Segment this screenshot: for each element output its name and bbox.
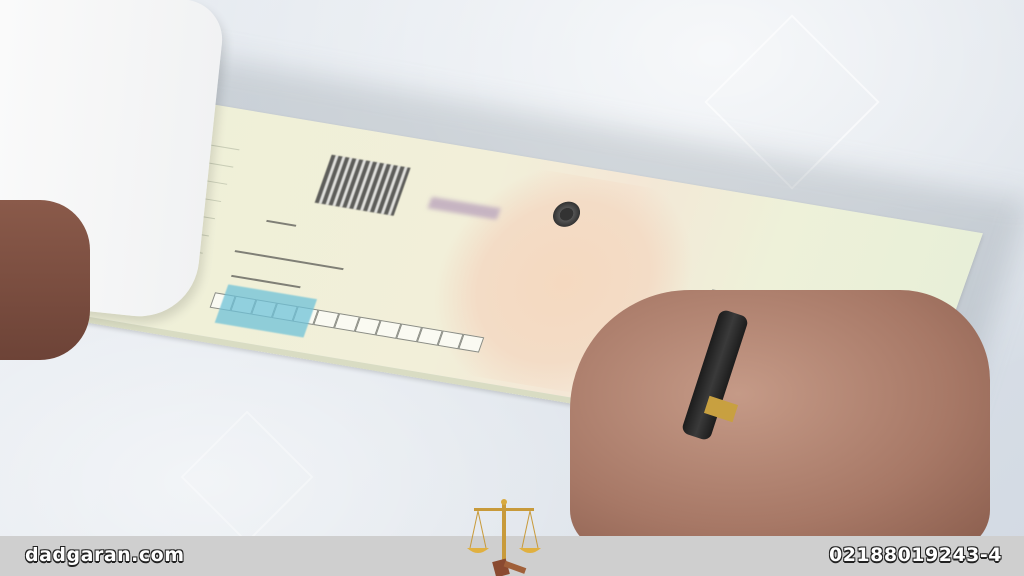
handwritten-payee xyxy=(235,250,344,270)
scales-of-justice-icon xyxy=(464,498,544,576)
left-hand xyxy=(0,200,90,360)
phone-number: 02188019243-4 xyxy=(829,544,1002,566)
handwritten-amount xyxy=(266,220,296,227)
blue-stamp xyxy=(215,284,317,337)
website-link[interactable]: dadgaran.com xyxy=(25,544,185,566)
right-hand xyxy=(570,290,990,536)
qr-code xyxy=(315,155,411,216)
photo-scene xyxy=(0,0,1024,536)
